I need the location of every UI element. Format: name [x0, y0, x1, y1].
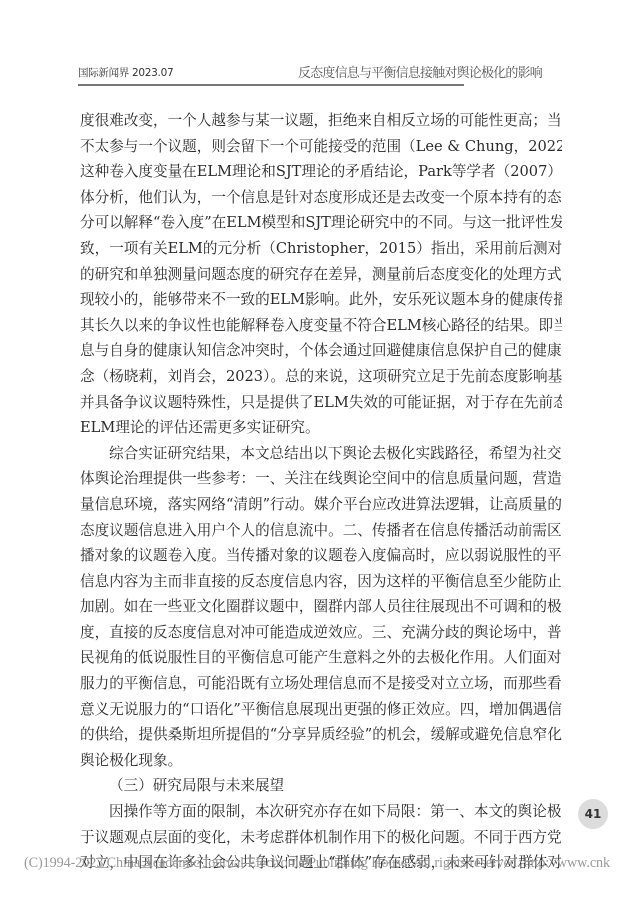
article-body: 度很难改变，一个人越参与某一议题，拒绝来自相反立场的可能性更高；当一个人 不太参…: [80, 108, 562, 876]
text-line: 信息内容为主而非直接的反态度信息内容，因为这样的平衡信息至少能防止极化: [80, 569, 562, 595]
text-line: 服力的平衡信息，可能沿既有立场处理信息而不是接受对立立场，而那些看似无: [80, 671, 562, 697]
text-line: 意义无说服力的“口语化”平衡信息展现出更强的修正效应。四，增加偶遇信息: [80, 697, 562, 723]
paragraph-start: 因操作等方面的限制，本次研究亦存在如下局限：第一、本文的舆论极化偏向: [80, 799, 562, 825]
journal-issue: 国际新闻界 2023.07: [78, 65, 173, 80]
text-line: 息与自身的健康认知信念冲突时，个体会通过回避健康信息保护自己的健康认知信: [80, 338, 562, 364]
text-line: 民视角的低说服性目的平衡信息可能产生意料之外的去极化作用。人们面对高说: [80, 645, 562, 671]
paragraph-start: 综合实证研究结果，本文总结出以下舆论去极化实践路径，希望为社交媒: [80, 441, 562, 467]
text-line: ELM理论的评估还需更多实证研究。: [80, 415, 562, 441]
header-rule: [78, 84, 464, 86]
running-header: 国际新闻界 2023.07 反态度信息与平衡信息接触对舆论极化的影响: [78, 62, 464, 80]
text-line: 播对象的议题卷入度。当传播对象的议题卷入度偏高时，应以弱说服性的平衡: [80, 543, 562, 569]
text-line: 加剧。如在一些亚文化圈群议题中，圈群内部人员往往展现出不可调和的极端态: [80, 594, 562, 620]
text-line: 体分析，他们认为，一个信息是针对态度形成还是去改变一个原本持有的态度的区: [80, 185, 562, 211]
text-line: 致，一项有关ELM的元分析（Christopher，2015）指出，采用前后测对…: [80, 236, 562, 262]
text-line: 念（杨晓莉，刘肖会，2023）。总的来说，这项研究立足于先前态度影响基础上，: [80, 364, 562, 390]
text-line: 这种卷入度变量在ELM理论和SJT理论的矛盾结论，Park等学者（2007）展开…: [80, 159, 562, 185]
page-number-badge: 41: [578, 799, 608, 829]
text-line: 的供给，提供桑斯坦所提倡的“分享异质经验”的机会，缓解或避免信息窄化与: [80, 722, 562, 748]
text-line: 分可以解释“卷入度”在ELM模型和SJT理论研究中的不同。与这一批评性发现一: [80, 210, 562, 236]
text-line: 态度议题信息进入用户个人的信息流中。二、传播者在信息传播活动前需区分传: [80, 518, 562, 544]
copyright-footer: (C)1994-2023 China Academic Journal Elec…: [24, 855, 635, 872]
text-line: 并具备争议议题特殊性，只是提供了ELM失效的可能证据，对于存在先前态度下的: [80, 390, 562, 416]
article-running-title: 反态度信息与平衡信息接触对舆论极化的影响: [267, 62, 542, 81]
text-line: 量信息环境，落实网络“清朗”行动。媒介平台应改进算法逻辑，让高质量的反: [80, 492, 562, 518]
text-line: 舆论极化现象。: [80, 748, 562, 774]
text-line: 的研究和单独测量问题态度的研究存在差异，测量前后态度变化的处理方式往往发: [80, 262, 562, 288]
text-line: 现较小的，能够带来不一致的ELM影响。此外，安乐死议题本身的健康传播属性与: [80, 287, 562, 313]
text-line: 不太参与一个议题，则会留下一个可能接受的范围（Lee & Chung，2022）…: [80, 134, 562, 160]
text-line: 其长久以来的争议性也能解释卷入度变量不符合ELM核心路径的结果。即当健康信: [80, 313, 562, 339]
text-line: 度很难改变，一个人越参与某一议题，拒绝来自相反立场的可能性更高；当一个人: [80, 108, 562, 134]
text-line: 度，直接的反态度信息对冲可能造成逆效应。三、充满分歧的舆论场中，普通网: [80, 620, 562, 646]
text-line: 体舆论治理提供一些参考：一、关注在线舆论空间中的信息质量问题，营造高质: [80, 466, 562, 492]
text-line: 于议题观点层面的变化，未考虑群体机制作用下的极化问题。不同于西方党派群体: [80, 825, 562, 851]
section-heading: （三）研究局限与未来展望: [80, 773, 562, 799]
